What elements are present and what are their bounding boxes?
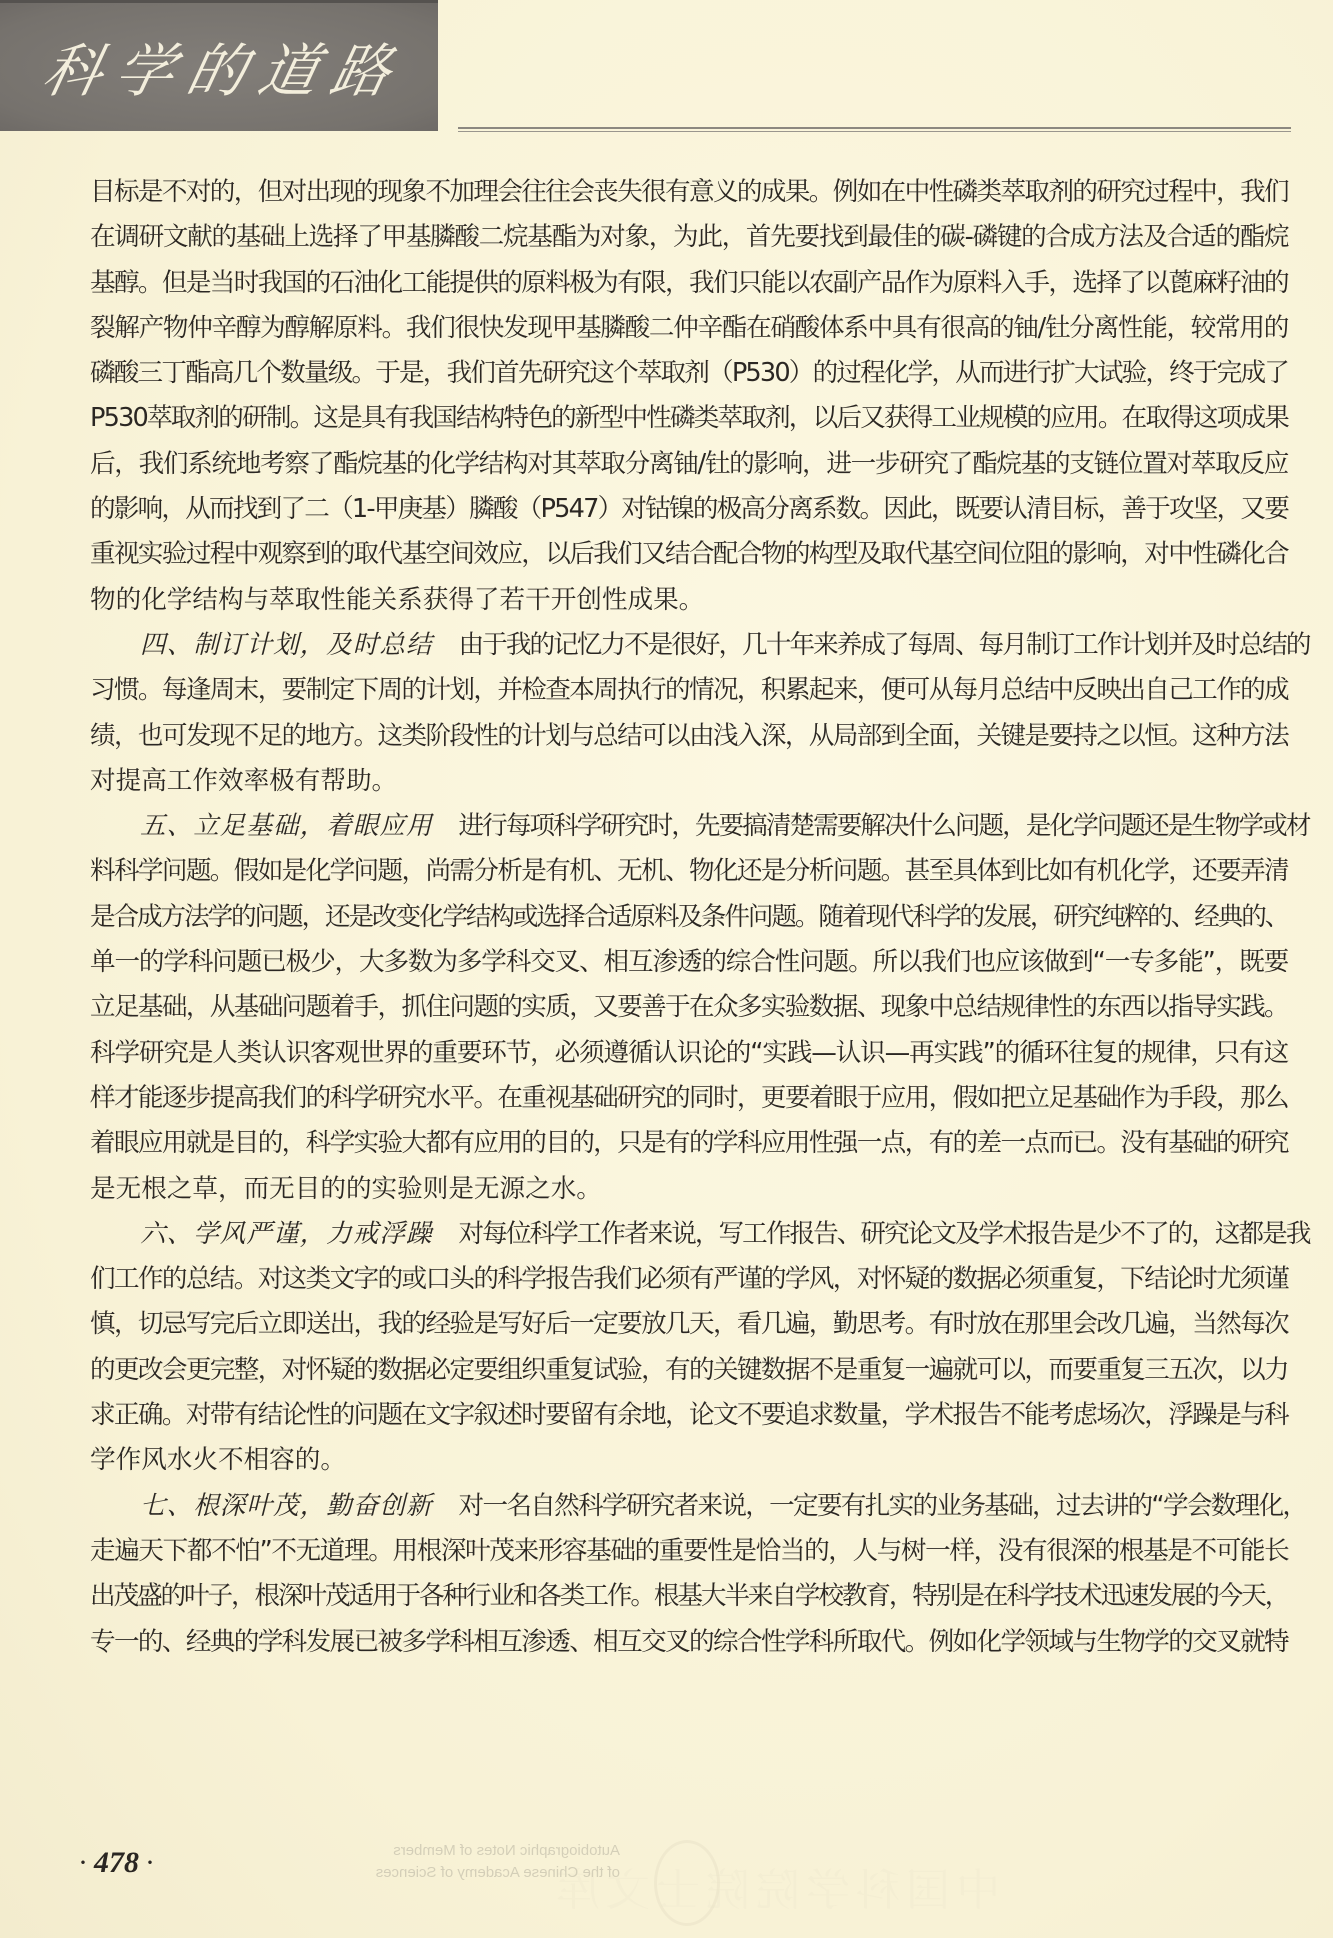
paragraph-heading-line: 七、根深叶茂，勤奋创新对一名自然科学研究者来说，一定要有扎实的业务基础，过去讲的…: [90, 1484, 1288, 1529]
running-header-title: 科学的道路: [33, 21, 414, 121]
line-text: 是合成方法学的问题，还是改变化学结构或选择合适原料及条件问题。随着现代科学的发展…: [90, 902, 1288, 932]
section-heading: 六、学风严谨，力戒浮躁: [140, 1219, 433, 1249]
page-number-dot-left: ·: [78, 1846, 88, 1879]
text-line: 的影响，从而找到了二（1-甲庚基）膦酸（P547）对钴镍的极高分离系数。因此，既…: [90, 487, 1288, 532]
line-text: 是无根之草，而无目的的实验则是无源之水。: [90, 1174, 602, 1204]
text-line: 科学研究是人类认识客观世界的重要环节，必须遵循认识论的“实践—认识—再实践”的循…: [90, 1031, 1288, 1076]
line-text: 样才能逐步提高我们的科学研究水平。在重视基础研究的同时，更要着眼于应用，假如把立…: [90, 1083, 1288, 1113]
text-line: 对提高工作效率极有帮助。: [90, 759, 1288, 804]
line-text: 进行每项科学研究时，先要搞清楚需要解决什么问题，是化学问题还是生物学或材: [459, 811, 1310, 841]
text-line: 专一的、经典的学科发展已被多学科相互渗透、相互交叉的综合性学科所取代。例如化学领…: [90, 1620, 1288, 1665]
text-line: 着眼应用就是目的，科学实验大都有应用的目的，只是有的学科应用性强一点，有的差一点…: [90, 1121, 1288, 1166]
header-double-rule: [458, 127, 1291, 132]
line-text: 后，我们系统地考察了酯烷基的化学结构对其萃取分离铀/钍的影响，进一步研究了酯烷基…: [90, 449, 1288, 479]
text-line: 在调研文献的基础上选择了甲基膦酸二烷基酯为对象，为此，首先要找到最佳的碳-磷键的…: [90, 215, 1288, 260]
line-text: 们工作的总结。对这类文字的或口头的科学报告我们必须有严谨的学风，对怀疑的数据必须…: [90, 1264, 1288, 1294]
text-line: 走遍天下都不怕”不无道理。用根深叶茂来形容基础的重要性是恰当的，人与树一样，没有…: [90, 1529, 1288, 1574]
line-text: 绩，也可发现不足的地方。这类阶段性的计划与总结可以由浅入深，从局部到全面，关键是…: [90, 721, 1288, 751]
line-text: 走遍天下都不怕”不无道理。用根深叶茂来形容基础的重要性是恰当的，人与树一样，没有…: [90, 1536, 1288, 1566]
text-line: 出茂盛的叶子，根深叶茂适用于各种行业和各类工作。根基大半来自学校教育，特别是在科…: [90, 1574, 1288, 1619]
text-line: 重视实验过程中观察到的取代基空间效应，以后我们又结合配合物的构型及取代基空间位阻…: [90, 532, 1288, 577]
text-line: 磷酸三丁酯高几个数量级。于是，我们首先研究这个萃取剂（P530）的过程化学，从而…: [90, 351, 1288, 396]
text-line: 慎，切忌写完后立即送出，我的经验是写好后一定要放几天，看几遍，勤思考。有时放在那…: [90, 1302, 1288, 1347]
section-heading: 七、根深叶茂，勤奋创新: [140, 1491, 433, 1521]
text-line: 绩，也可发现不足的地方。这类阶段性的计划与总结可以由浅入深，从局部到全面，关键是…: [90, 714, 1288, 759]
line-text: 料科学问题。假如是化学问题，尚需分析是有机、无机、物化还是分析问题。甚至具体到比…: [90, 856, 1288, 886]
line-text: 求正确。对带有结论性的问题在文字叙述时要留有余地，论文不要追求数量，学术报告不能…: [90, 1400, 1288, 1430]
text-line: 求正确。对带有结论性的问题在文字叙述时要留有余地，论文不要追求数量，学术报告不能…: [90, 1393, 1288, 1438]
text-line: 物的化学结构与萃取性能关系获得了若干开创性成果。: [90, 578, 1288, 623]
text-line: 们工作的总结。对这类文字的或口头的科学报告我们必须有严谨的学风，对怀疑的数据必须…: [90, 1257, 1288, 1302]
line-text: 重视实验过程中观察到的取代基空间效应，以后我们又结合配合物的构型及取代基空间位阻…: [90, 539, 1288, 569]
text-line: 基醇。但是当时我国的石油化工能提供的原料极为有限，我们只能以农副产品作为原料入手…: [90, 261, 1288, 306]
line-text: 单一的学科问题已极少，大多数为多学科交叉、相互渗透的综合性问题。所以我们也应该做…: [90, 947, 1288, 977]
section-heading: 四、制订计划，及时总结: [140, 630, 433, 660]
line-text: 基醇。但是当时我国的石油化工能提供的原料极为有限，我们只能以农副产品作为原料入手…: [90, 268, 1288, 298]
text-line: P530萃取剂的研制。这是具有我国结构特色的新型中性磷类萃取剂，以后又获得工业规…: [90, 396, 1288, 441]
line-text: 对每位科学工作者来说，写工作报告、研究论文及学术报告是少不了的，这都是我: [459, 1219, 1310, 1249]
line-text: 着眼应用就是目的，科学实验大都有应用的目的，只是有的学科应用性强一点，有的差一点…: [90, 1128, 1288, 1158]
text-line: 习惯。每逢周末，要制定下周的计划，并检查本周执行的情况，积累起来，便可从每月总结…: [90, 668, 1288, 713]
line-text: 物的化学结构与萃取性能关系获得了若干开创性成果。: [90, 585, 704, 615]
paragraph-heading-line: 六、学风严谨，力戒浮躁对每位科学工作者来说，写工作报告、研究论文及学术报告是少不…: [90, 1212, 1288, 1257]
section-heading: 五、立足基础，着眼应用: [140, 811, 433, 841]
line-text: 裂解产物仲辛醇为醇解原料。我们很快发现甲基膦酸二仲辛酯在硝酸体系中具有很高的铀/…: [90, 313, 1288, 343]
line-text: 习惯。每逢周末，要制定下周的计划，并检查本周执行的情况，积累起来，便可从每月总结…: [90, 675, 1288, 705]
text-line: 单一的学科问题已极少，大多数为多学科交叉、相互渗透的综合性问题。所以我们也应该做…: [90, 940, 1288, 985]
line-text: 立足基础，从基础问题着手，抓住问题的实质，又要善于在众多实验数据、现象中总结规律…: [90, 992, 1288, 1022]
page-number-value: 478: [94, 1846, 139, 1879]
line-text: 由于我的记忆力不是很好，几十年来养成了每周、每月制订工作计划并及时总结的: [459, 630, 1310, 660]
line-text: 的影响，从而找到了二（1-甲庚基）膦酸（P547）对钴镍的极高分离系数。因此，既…: [90, 494, 1288, 524]
text-line: 立足基础，从基础问题着手，抓住问题的实质，又要善于在众多实验数据、现象中总结规律…: [90, 985, 1288, 1030]
line-text: 科学研究是人类认识客观世界的重要环节，必须遵循认识论的“实践—认识—再实践”的循…: [90, 1038, 1288, 1068]
paragraph-heading-line: 四、制订计划，及时总结由于我的记忆力不是很好，几十年来养成了每周、每月制订工作计…: [90, 623, 1288, 668]
line-text: 的更改会更完整，对怀疑的数据必定要组织重复试验，有的关键数据不是重复一遍就可以，…: [90, 1355, 1288, 1385]
running-header-banner: 科学的道路: [0, 0, 438, 131]
line-text: 目标是不对的，但对出现的现象不加理会往往会丧失很有意义的成果。例如在中性磷类萃取…: [90, 177, 1288, 207]
page-number: ·478·: [72, 1846, 161, 1880]
text-line: 是合成方法学的问题，还是改变化学结构或选择合适原料及条件问题。随着现代科学的发展…: [90, 895, 1288, 940]
page-number-dot-right: ·: [145, 1846, 155, 1879]
text-line: 后，我们系统地考察了酯烷基的化学结构对其萃取分离铀/钍的影响，进一步研究了酯烷基…: [90, 442, 1288, 487]
line-text: P530萃取剂的研制。这是具有我国结构特色的新型中性磷类萃取剂，以后又获得工业规…: [90, 403, 1288, 433]
text-line: 裂解产物仲辛醇为醇解原料。我们很快发现甲基膦酸二仲辛酯在硝酸体系中具有很高的铀/…: [90, 306, 1288, 351]
academy-seal-icon: [654, 1840, 720, 1926]
line-text: 出茂盛的叶子，根深叶茂适用于各种行业和各类工作。根基大半来自学校教育，特别是在科…: [90, 1581, 1288, 1611]
text-line: 的更改会更完整，对怀疑的数据必定要组织重复试验，有的关键数据不是重复一遍就可以，…: [90, 1348, 1288, 1393]
watermark-english-line-1: Autobiographic Notes of Members: [320, 1840, 620, 1862]
line-text: 专一的、经典的学科发展已被多学科相互渗透、相互交叉的综合性学科所取代。例如化学领…: [90, 1627, 1288, 1657]
text-line: 目标是不对的，但对出现的现象不加理会往往会丧失很有意义的成果。例如在中性磷类萃取…: [90, 170, 1288, 215]
body-text: 目标是不对的，但对出现的现象不加理会往往会丧失很有意义的成果。例如在中性磷类萃取…: [90, 170, 1288, 1665]
text-line: 样才能逐步提高我们的科学研究水平。在重视基础研究的同时，更要着眼于应用，假如把立…: [90, 1076, 1288, 1121]
line-text: 对一名自然科学研究者来说，一定要有扎实的业务基础，过去讲的“学会数理化，: [459, 1491, 1307, 1521]
line-text: 对提高工作效率极有帮助。: [90, 766, 397, 796]
watermark-english-title: Autobiographic Notes of Members of the C…: [320, 1840, 620, 1884]
line-text: 慎，切忌写完后立即送出，我的经验是写好后一定要放几天，看几遍，勤思考。有时放在那…: [90, 1309, 1288, 1339]
line-text: 学作风水火不相容的。: [90, 1445, 346, 1475]
watermark-chinese-title: 中国科学院院士文库: [550, 1854, 1000, 1918]
watermark-english-line-2: of the Chinese Academy of Sciences: [320, 1862, 620, 1884]
text-line: 料科学问题。假如是化学问题，尚需分析是有机、无机、物化还是分析问题。甚至具体到比…: [90, 849, 1288, 894]
text-line: 是无根之草，而无目的的实验则是无源之水。: [90, 1167, 1288, 1212]
paragraph-heading-line: 五、立足基础，着眼应用进行每项科学研究时，先要搞清楚需要解决什么问题，是化学问题…: [90, 804, 1288, 849]
line-text: 磷酸三丁酯高几个数量级。于是，我们首先研究这个萃取剂（P530）的过程化学，从而…: [90, 358, 1288, 388]
show-through-watermark: 中国科学院院士文库 Autobiographic Notes of Member…: [320, 1840, 1020, 1930]
line-text: 在调研文献的基础上选择了甲基膦酸二烷基酯为对象，为此，首先要找到最佳的碳-磷键的…: [90, 222, 1288, 252]
text-line: 学作风水火不相容的。: [90, 1438, 1288, 1483]
